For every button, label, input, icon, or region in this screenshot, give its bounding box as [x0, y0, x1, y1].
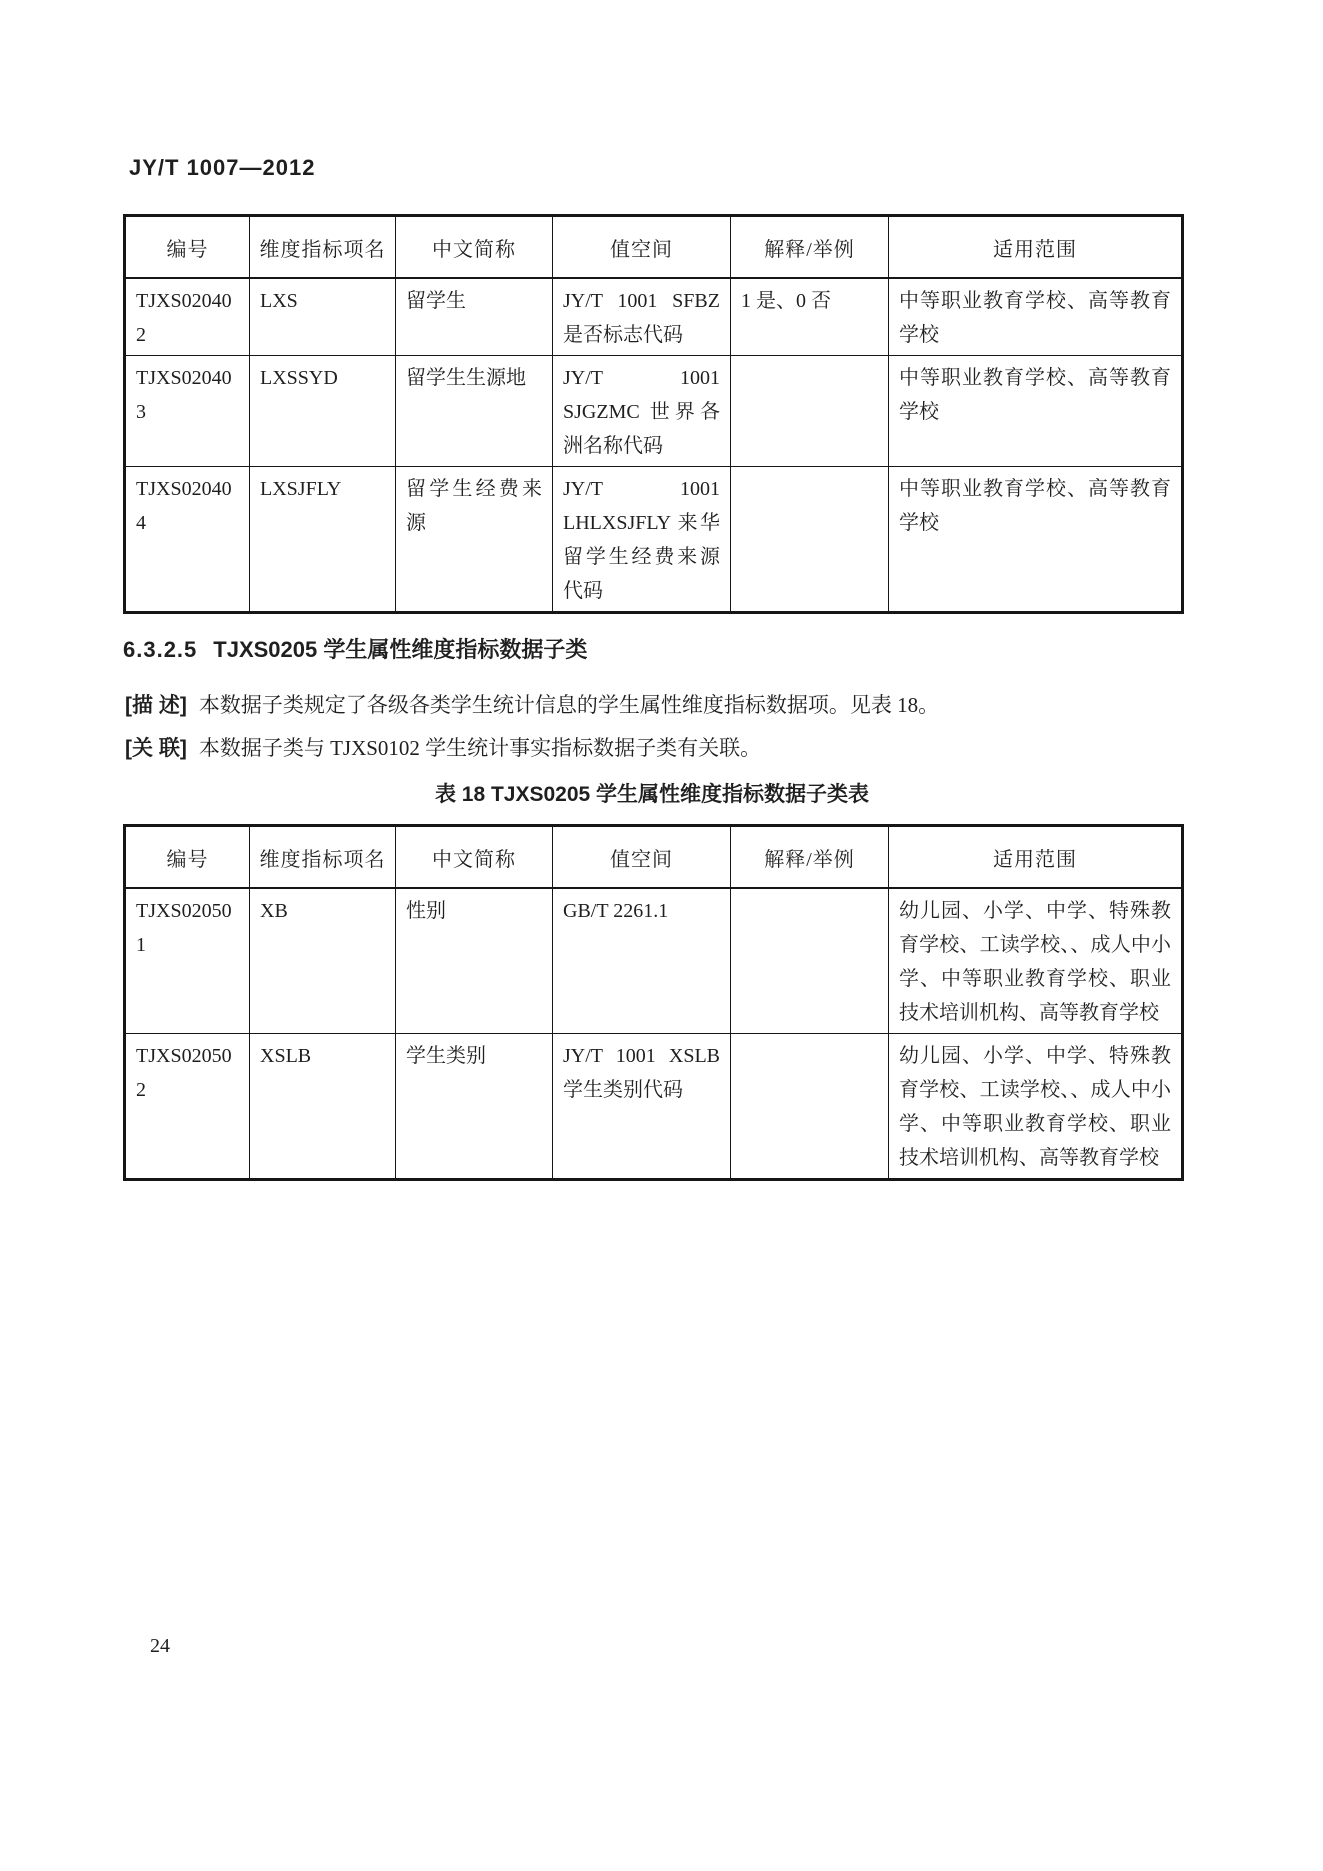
column-header-code: 编号: [125, 216, 250, 279]
cell-explanation: [731, 888, 889, 1034]
cell-code: TJXS020502: [125, 1034, 250, 1180]
column-header-explanation: 解释/举例: [731, 826, 889, 889]
cell-value-space: JY/T 1001 SFBZ 是否标志代码: [553, 278, 731, 356]
cell-cn-name: 学生类别: [396, 1034, 553, 1180]
column-header-scope: 适用范围: [889, 826, 1183, 889]
table-row: TJXS020404 LXSJFLY 留学生经费来源 JY/T 1001 LHL…: [125, 467, 1183, 613]
cell-cn-name: 留学生生源地: [396, 356, 553, 467]
cell-code: TJXS020404: [125, 467, 250, 613]
column-header-item-name: 维度指标项名: [250, 216, 396, 279]
description-paragraph: [描 述]本数据子类规定了各级各类学生统计信息的学生属性维度指标数据项。见表 1…: [125, 690, 1181, 721]
cell-value-space: JY/T 1001 SJGZMC 世界各洲名称代码: [553, 356, 731, 467]
cell-scope: 幼儿园、小学、中学、特殊教育学校、工读学校、、成人中小学、中等职业教育学校、职业…: [889, 1034, 1183, 1180]
cell-explanation: 1 是、0 否: [731, 278, 889, 356]
cell-item-name: XB: [250, 888, 396, 1034]
section-number: 6.3.2.5: [123, 637, 197, 662]
cell-item-name: LXS: [250, 278, 396, 356]
cell-code: TJXS020501: [125, 888, 250, 1034]
column-header-code: 编号: [125, 826, 250, 889]
section-title: TJXS0205 学生属性维度指标数据子类: [213, 637, 587, 662]
cell-cn-name: 留学生经费来源: [396, 467, 553, 613]
description-text: 本数据子类规定了各级各类学生统计信息的学生属性维度指标数据项。见表 18。: [199, 693, 939, 717]
cell-code: TJXS020402: [125, 278, 250, 356]
description-label: [描 述]: [125, 694, 187, 717]
column-header-cn-name: 中文简称: [396, 216, 553, 279]
relation-paragraph: [关 联]本数据子类与 TJXS0102 学生统计事实指标数据子类有关联。: [125, 733, 1181, 764]
column-header-value-space: 值空间: [553, 216, 731, 279]
relation-label: [关 联]: [125, 737, 187, 760]
column-header-cn-name: 中文简称: [396, 826, 553, 889]
column-header-scope: 适用范围: [889, 216, 1183, 279]
cell-value-space: GB/T 2261.1: [553, 888, 731, 1034]
cell-explanation: [731, 356, 889, 467]
cell-item-name: LXSJFLY: [250, 467, 396, 613]
cell-value-space: JY/T 1001 XSLB 学生类别代码: [553, 1034, 731, 1180]
table-header-row: 编号 维度指标项名 中文简称 值空间 解释/举例 适用范围: [125, 826, 1183, 889]
column-header-item-name: 维度指标项名: [250, 826, 396, 889]
relation-text: 本数据子类与 TJXS0102 学生统计事实指标数据子类有关联。: [199, 736, 761, 760]
document-page: JY/T 1007—2012 编号 维度指标项名 中文简称 值空间 解释/举例 …: [0, 0, 1323, 1871]
page-number: 24: [150, 1635, 1181, 1658]
table-row: TJXS020502 XSLB 学生类别 JY/T 1001 XSLB 学生类别…: [125, 1034, 1183, 1180]
column-header-explanation: 解释/举例: [731, 216, 889, 279]
cell-scope: 幼儿园、小学、中学、特殊教育学校、工读学校、、成人中小学、中等职业教育学校、职业…: [889, 888, 1183, 1034]
cell-scope: 中等职业教育学校、高等教育学校: [889, 278, 1183, 356]
table-header-row: 编号 维度指标项名 中文简称 值空间 解释/举例 适用范围: [125, 216, 1183, 279]
table-row: TJXS020501 XB 性别 GB/T 2261.1 幼儿园、小学、中学、特…: [125, 888, 1183, 1034]
cell-cn-name: 留学生: [396, 278, 553, 356]
standard-number-header: JY/T 1007—2012: [129, 155, 1181, 181]
table-18-caption: 表 18 TJXS0205 学生属性维度指标数据子类表: [123, 782, 1181, 808]
table-row: TJXS020402 LXS 留学生 JY/T 1001 SFBZ 是否标志代码…: [125, 278, 1183, 356]
cell-scope: 中等职业教育学校、高等教育学校: [889, 467, 1183, 613]
table-row: TJXS020403 LXSSYD 留学生生源地 JY/T 1001 SJGZM…: [125, 356, 1183, 467]
column-header-value-space: 值空间: [553, 826, 731, 889]
cell-item-name: LXSSYD: [250, 356, 396, 467]
cell-cn-name: 性别: [396, 888, 553, 1034]
cell-value-space: JY/T 1001 LHLXSJFLY 来华留学生经费来源代码: [553, 467, 731, 613]
cell-item-name: XSLB: [250, 1034, 396, 1180]
cell-code: TJXS020403: [125, 356, 250, 467]
table-18: 编号 维度指标项名 中文简称 值空间 解释/举例 适用范围 TJXS020501…: [123, 824, 1184, 1181]
cell-explanation: [731, 1034, 889, 1180]
cell-scope: 中等职业教育学校、高等教育学校: [889, 356, 1183, 467]
dimension-indicator-table-continued: 编号 维度指标项名 中文简称 值空间 解释/举例 适用范围 TJXS020402…: [123, 214, 1184, 614]
section-heading: 6.3.2.5TJXS0205 学生属性维度指标数据子类: [123, 636, 1181, 664]
cell-explanation: [731, 467, 889, 613]
